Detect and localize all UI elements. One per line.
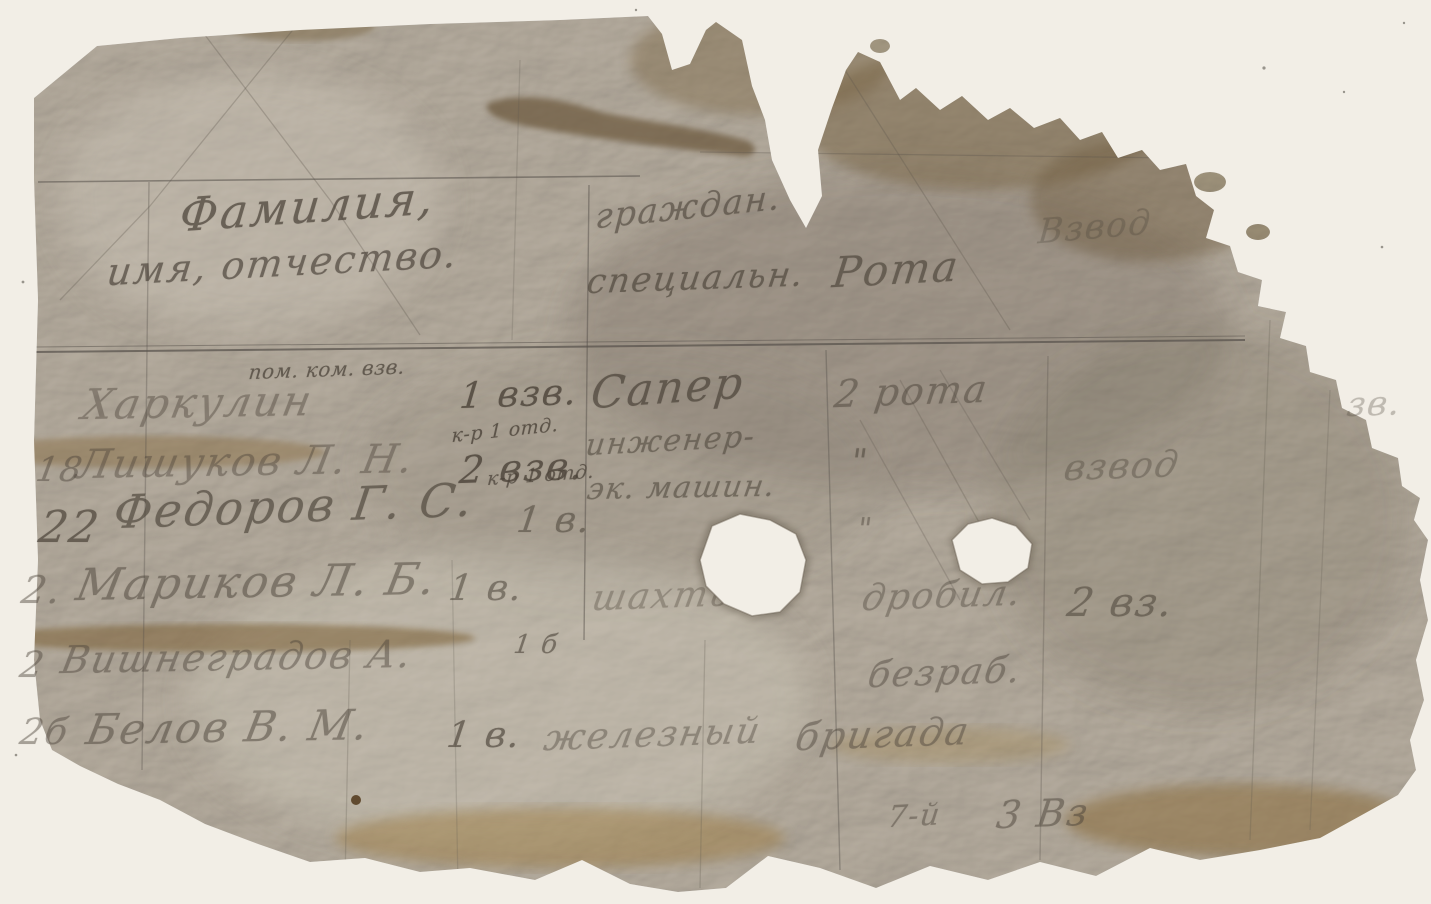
row-platoon: 1 в. <box>446 568 526 609</box>
header-platoon: Взвод <box>1036 202 1153 252</box>
row-platoon-col: взвод <box>1061 444 1183 489</box>
row-number: 2 <box>17 645 49 686</box>
row-specialty-line2: эк. машин. <box>584 469 778 507</box>
handwriting-layer: Фамилия, имя, отчество. граждан. специал… <box>0 0 1431 904</box>
row-extra: безраб. <box>865 650 1026 697</box>
row-extra: бригада <box>792 709 974 759</box>
row-note: к-р 1 отд. <box>451 414 559 447</box>
row-name: Белов В. М. <box>82 700 374 754</box>
row-platoon-col: 3 Вз <box>994 790 1093 837</box>
row-company-ditto: " <box>855 512 875 547</box>
row-extra: дробил. <box>859 572 1026 619</box>
row-platoon: 1 б <box>512 630 561 660</box>
row-platoon: 1 в. <box>444 715 524 756</box>
row-number: 2. <box>18 568 66 612</box>
row-specialty-line1: инженер- <box>584 419 758 463</box>
row-platoon: 1 в. <box>514 500 594 541</box>
row-specialty: шахты <box>589 573 745 619</box>
row-company: 2 рота <box>832 367 992 417</box>
scanned-document: Фамилия, имя, отчество. граждан. специал… <box>0 0 1431 904</box>
row-platoon-col: 2 вз. <box>1064 580 1178 626</box>
row-number: 2б <box>17 712 73 753</box>
header-specialty-line2: специальн. <box>584 254 807 302</box>
row-number: 22 <box>35 502 104 553</box>
row-name: Вишнеградов А. <box>57 632 416 682</box>
row-name: Мариков Л. Б. <box>72 554 442 611</box>
row-company-ditto: " <box>848 442 871 482</box>
header-name-line2: имя, отчество. <box>105 232 461 295</box>
row-platoon-col: зв. <box>1344 383 1404 425</box>
header-name-line1: Фамилия, <box>177 170 438 242</box>
row-name: Харкулин <box>78 376 317 429</box>
row-name: Федоров Г. С. <box>110 472 478 539</box>
header-company: Рота <box>830 241 963 297</box>
row-specialty: железный <box>541 710 765 759</box>
header-specialty-line1: граждан. <box>594 178 782 238</box>
row-platoon: 1 взв. <box>458 372 580 417</box>
row-extra: 7-й <box>886 797 943 835</box>
row-specialty: Сапер <box>589 357 747 419</box>
